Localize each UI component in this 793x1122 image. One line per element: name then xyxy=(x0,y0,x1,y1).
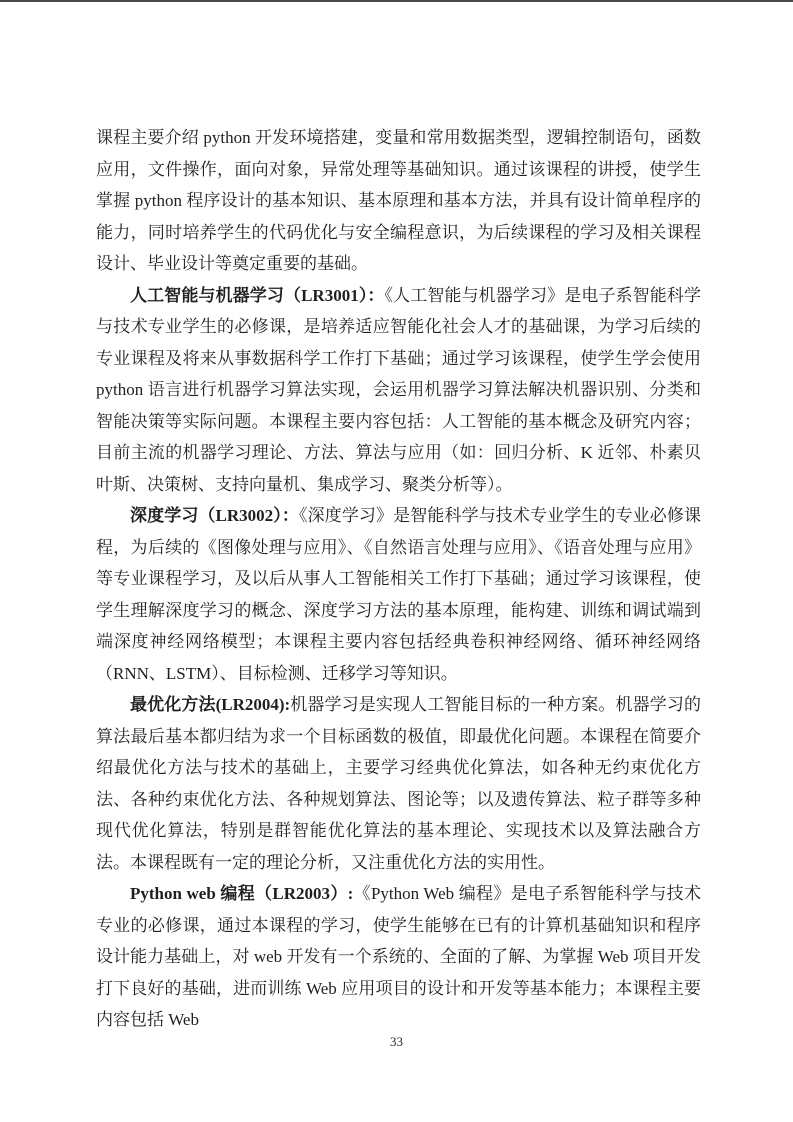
course-paragraph: 深度学习（LR3002）：《深度学习》是智能科学与技术专业学生的专业必修课程，为… xyxy=(96,500,701,689)
course-paragraph: 课程主要介绍 python 开发环境搭建，变量和常用数据类型，逻辑控制语句，函数… xyxy=(96,122,701,280)
page-top-edge-line xyxy=(0,0,793,2)
course-heading: 深度学习（LR3002）： xyxy=(130,506,299,525)
document-body: 课程主要介绍 python 开发环境搭建，变量和常用数据类型，逻辑控制语句，函数… xyxy=(96,122,701,1036)
page-number: 33 xyxy=(0,1032,793,1052)
paragraph-text: 《深度学习》是智能科学与技术专业学生的专业必修课程，为后续的《图像处理与应用》、… xyxy=(96,506,701,683)
paragraph-text: 机器学习是实现人工智能目标的一种方案。机器学习的算法最后基本都归结为求一个目标函… xyxy=(96,695,701,872)
document-page: 课程主要介绍 python 开发环境搭建，变量和常用数据类型，逻辑控制语句，函数… xyxy=(0,0,793,1122)
course-heading: 人工智能与机器学习（LR3001）： xyxy=(130,286,385,305)
course-paragraph: 最优化方法(LR2004):机器学习是实现人工智能目标的一种方案。机器学习的算法… xyxy=(96,689,701,878)
course-paragraph: 人工智能与机器学习（LR3001）：《人工智能与机器学习》是电子系智能科学与技术… xyxy=(96,280,701,501)
paragraph-text: 课程主要介绍 python 开发环境搭建，变量和常用数据类型，逻辑控制语句，函数… xyxy=(96,128,701,273)
paragraph-text: 《Python Web 编程》是电子系智能科学与技术专业的必修课，通过本课程的学… xyxy=(96,884,701,1029)
course-paragraph: Python web 编程（LR2003）:《Python Web 编程》是电子… xyxy=(96,878,701,1036)
course-heading: Python web 编程（LR2003）: xyxy=(130,884,353,903)
paragraph-text: 《人工智能与机器学习》是电子系智能科学与技术专业学生的必修课，是培养适应智能化社… xyxy=(96,286,701,494)
course-heading: 最优化方法(LR2004): xyxy=(130,695,290,714)
